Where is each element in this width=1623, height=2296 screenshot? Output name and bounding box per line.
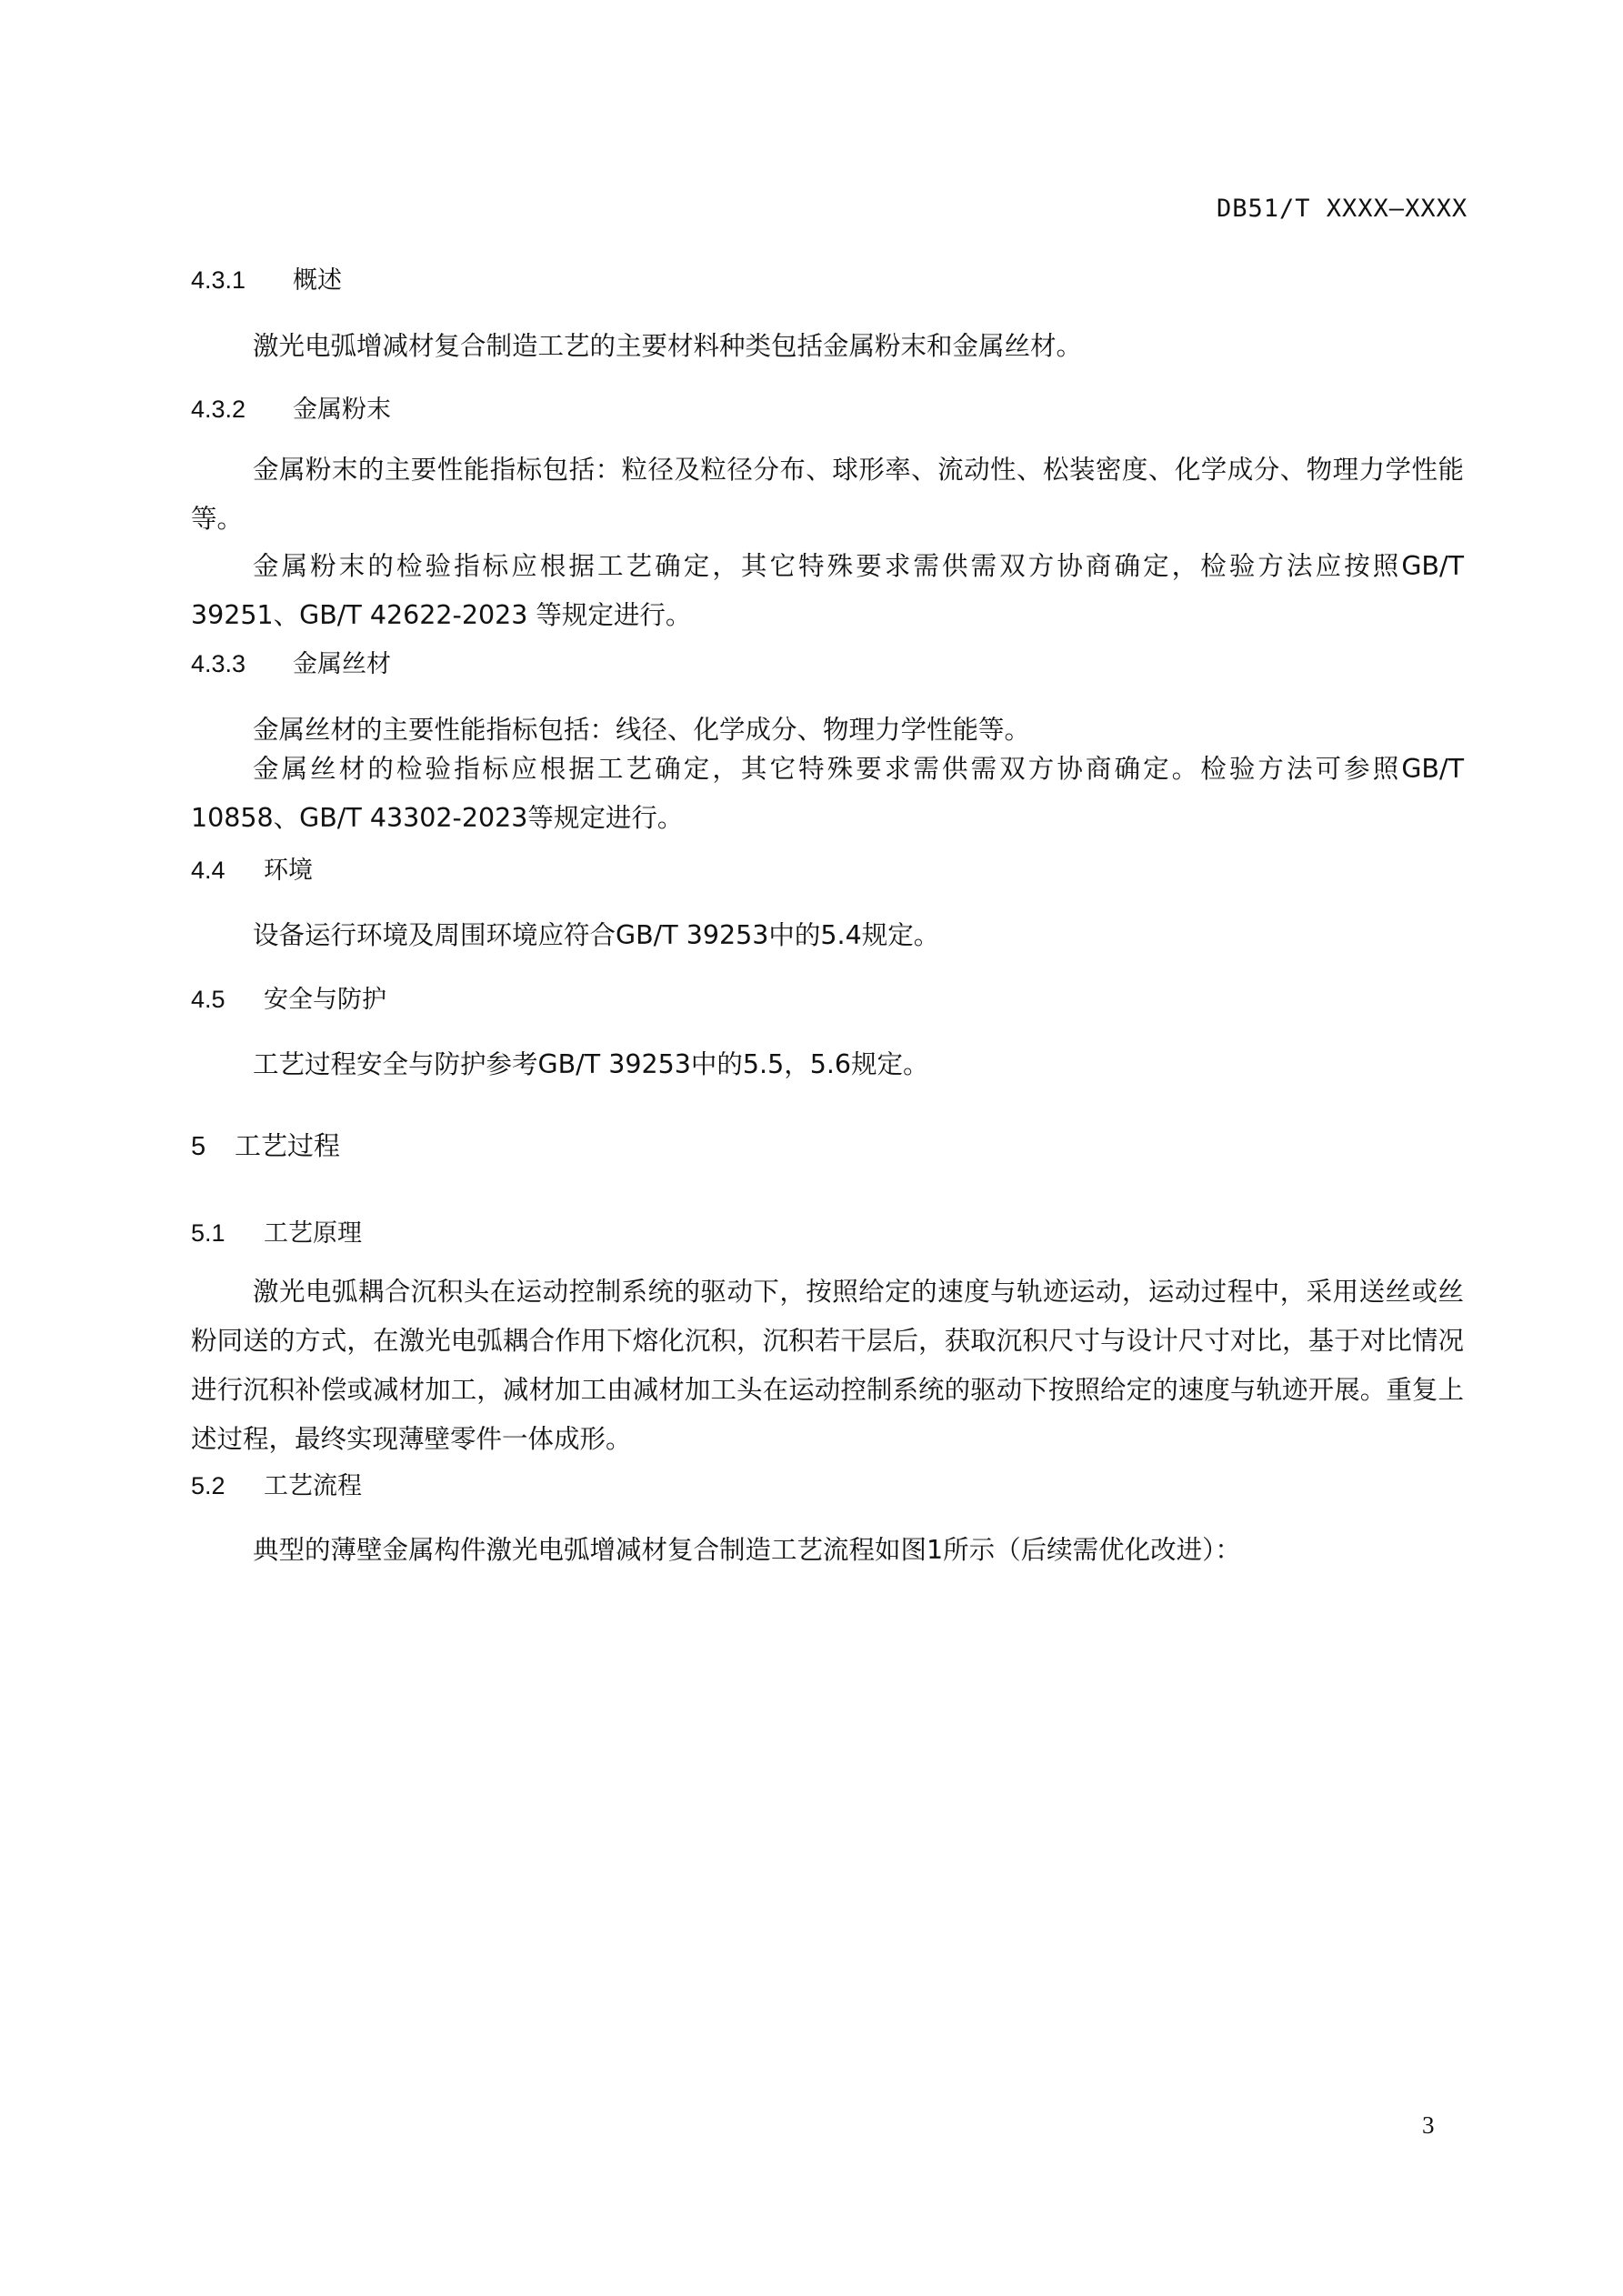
section-number: 4.3.3 (191, 650, 293, 678)
section-number: 4.4 (191, 857, 264, 885)
section-heading-4-3-3: 4.3.3金属丝材 (191, 644, 391, 679)
section-heading-5-1: 5.1工艺原理 (191, 1213, 362, 1248)
paragraph: 设备运行环境及周围环境应符合GB/T 39253中的5.4规定。 (253, 915, 939, 952)
section-title: 概述 (293, 266, 342, 295)
section-heading-4-3-2: 4.3.2金属粉末 (191, 389, 391, 425)
section-title: 金属粉末 (293, 396, 391, 424)
paragraph: 金属粉末的检验指标应根据工艺确定，其它特殊要求需供需双方协商确定，检验方法应按照… (191, 542, 1464, 640)
paragraph: 金属丝材的检验指标应根据工艺确定，其它特殊要求需供需双方协商确定。检验方法可参照… (191, 745, 1464, 843)
paragraph: 金属粉末的主要性能指标包括：粒径及粒径分布、球形率、流动性、松装密度、化学成分、… (191, 446, 1464, 544)
paragraph: 激光电弧增减材复合制造工艺的主要材料种类包括金属粉末和金属丝材。 (253, 326, 1082, 363)
section-title: 工艺原理 (264, 1219, 362, 1248)
page-number: 3 (1422, 2111, 1435, 2140)
section-title: 金属丝材 (293, 650, 391, 678)
section-title: 安全与防护 (264, 986, 386, 1014)
section-heading-4-5: 4.5安全与防护 (191, 979, 386, 1015)
section-heading-4-3-1: 4.3.1概述 (191, 260, 342, 296)
section-number: 5 (191, 1132, 235, 1162)
paragraph: 工艺过程安全与防护参考GB/T 39253中的5.5，5.6规定。 (253, 1044, 929, 1081)
chapter-heading-5: 5工艺过程 (191, 1126, 340, 1163)
section-number: 4.3.1 (191, 266, 293, 295)
paragraph: 典型的薄壁金属构件激光电弧增减材复合制造工艺流程如图1所示（后续需优化改进）： (253, 1529, 1241, 1567)
section-number: 5.1 (191, 1219, 264, 1248)
section-title: 工艺过程 (235, 1130, 340, 1161)
document-code-header: DB51/T XXXX—XXXX (1217, 195, 1468, 223)
section-heading-5-2: 5.2工艺流程 (191, 1466, 362, 1501)
section-number: 4.3.2 (191, 396, 293, 424)
section-title: 环境 (264, 857, 313, 885)
paragraph: 激光电弧耦合沉积头在运动控制系统的驱动下，按照给定的速度与轨迹运动，运动过程中，… (191, 1268, 1464, 1464)
section-number: 5.2 (191, 1472, 264, 1500)
section-heading-4-4: 4.4环境 (191, 850, 313, 886)
section-title: 工艺流程 (264, 1472, 362, 1500)
paragraph: 金属丝材的主要性能指标包括：线径、化学成分、物理力学性能等。 (253, 709, 1030, 747)
section-number: 4.5 (191, 986, 264, 1014)
